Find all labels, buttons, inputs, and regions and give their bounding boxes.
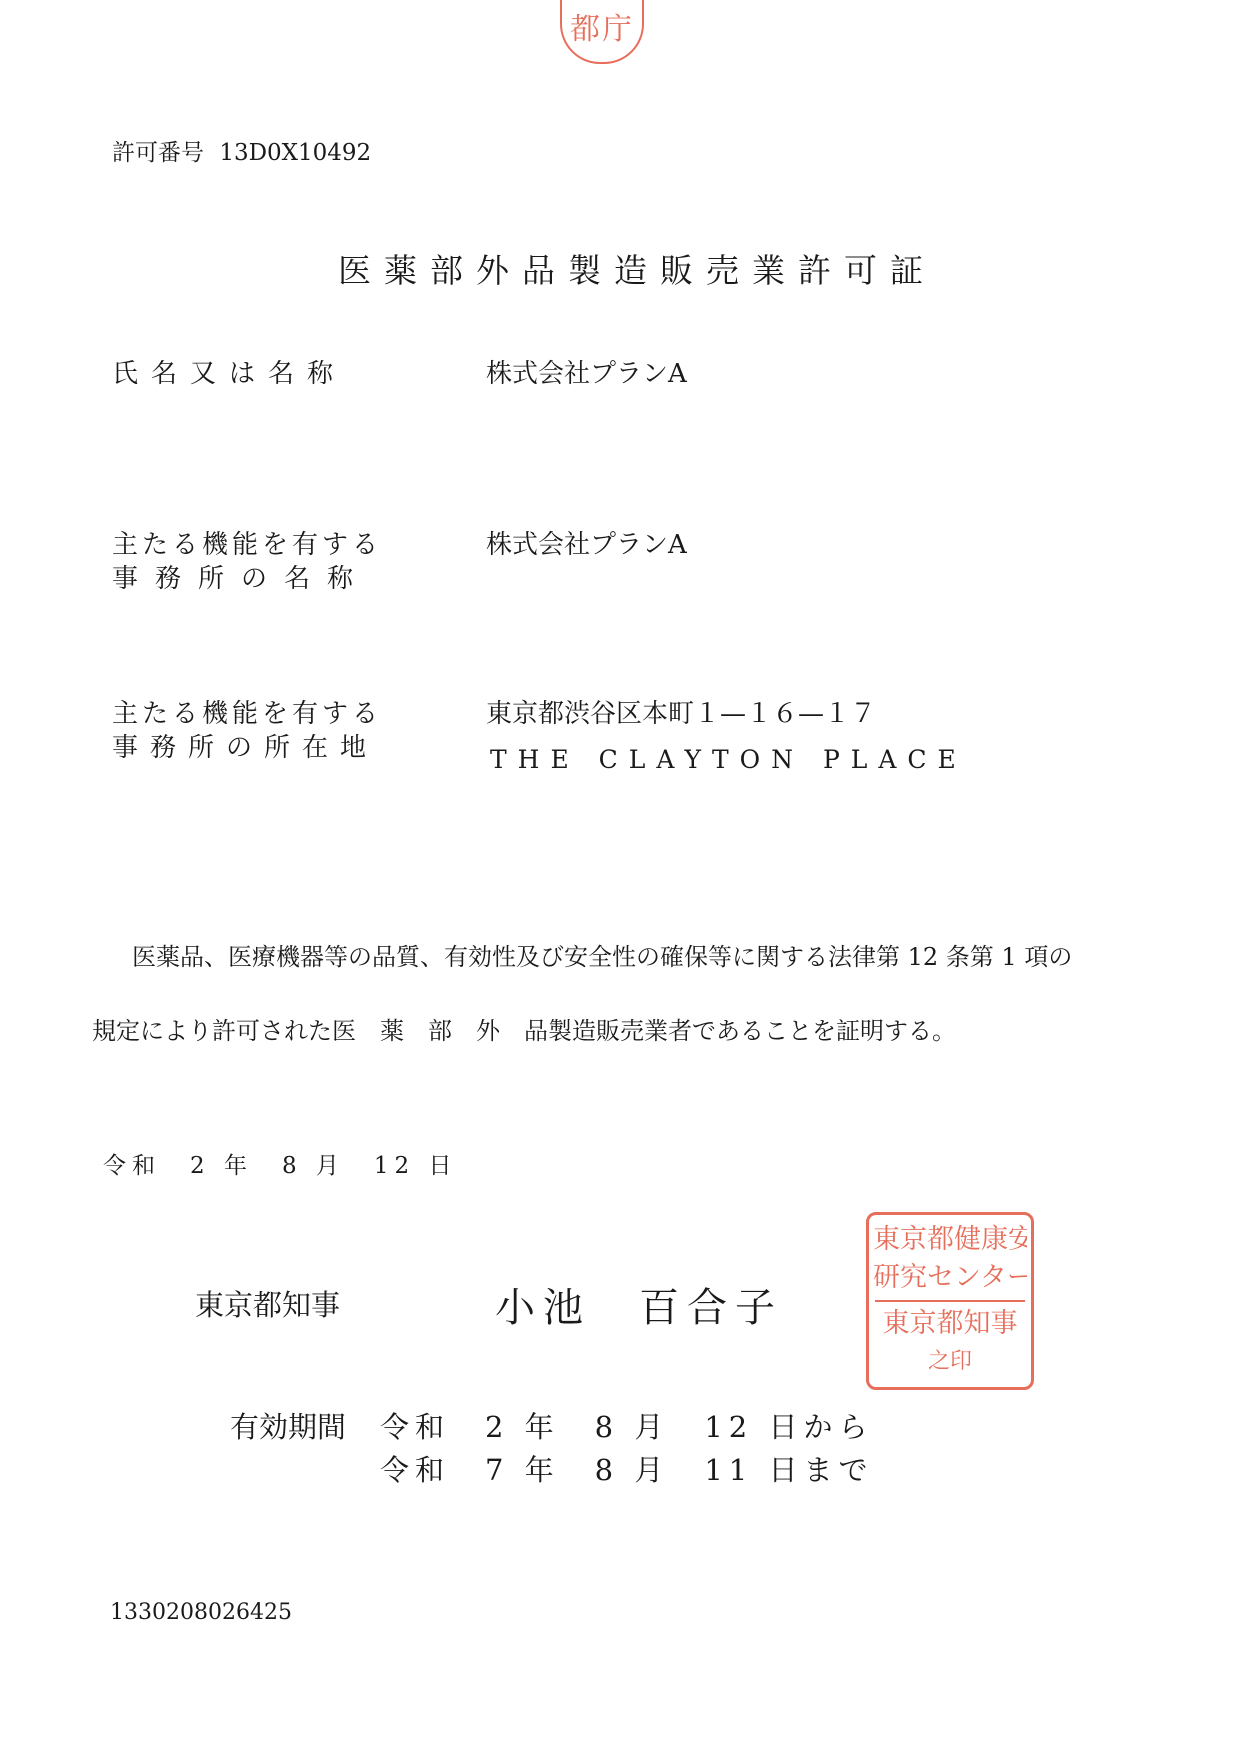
document-code: 1330208026425	[110, 1600, 292, 1625]
field-value-name: 株式会社プランA	[486, 357, 687, 392]
seal-row-2: 研究センター	[873, 1262, 1027, 1294]
statement-line-2: 規定により許可された医 薬 部 外 品製造販売業者であることを証明する。	[92, 1011, 956, 1046]
field-label-name: 氏名又は名称	[112, 357, 346, 392]
field-label-office-address-1: 主たる機能を有する	[112, 697, 382, 732]
seal-row-1: 東京都健康安全	[873, 1224, 1027, 1256]
validity-from: 令和 2 年 8 月 12 日から	[380, 1405, 873, 1446]
seal-row-4: 之印	[873, 1346, 1027, 1378]
official-seal-stamp: 東京都健康安全 研究センター 東京都知事 之印	[866, 1212, 1034, 1390]
seal-row-3: 東京都知事	[873, 1308, 1027, 1340]
statement-line-1: 医薬品、医療機器等の品質、有効性及び安全性の確保等に関する法律第 12 条第 1…	[132, 937, 1072, 972]
issuer-title: 東京都知事	[195, 1283, 340, 1324]
validity-to: 令和 7 年 8 月 11 日まで	[380, 1448, 873, 1489]
page-title: 医薬部外品製造販売業許可証	[338, 245, 936, 292]
seal-divider	[875, 1300, 1025, 1302]
seal-text: 都庁	[570, 12, 634, 47]
field-value-office-name: 株式会社プランA	[486, 528, 687, 563]
issuer-name: 小池 百合子	[495, 1276, 783, 1333]
top-seal-stamp: 都庁	[560, 0, 644, 64]
field-value-building: THE CLAYTON PLACE	[490, 742, 967, 777]
field-label-office-name-1: 主たる機能を有する	[112, 528, 382, 563]
field-label-office-address-2: 事務所の所在地	[112, 731, 378, 766]
permit-number-label: 許可番号	[112, 140, 204, 166]
issue-date: 令和 2 年 8 月 12 日	[103, 1147, 457, 1180]
field-label-office-name-2: 事務所の名称	[112, 562, 370, 597]
permit-number: 許可番号 13D0X10492	[112, 134, 371, 167]
permit-number-value: 13D0X10492	[219, 140, 371, 166]
field-value-address: 東京都渋谷区本町１—１６—１７	[486, 697, 876, 732]
validity-label: 有効期間	[230, 1405, 346, 1446]
